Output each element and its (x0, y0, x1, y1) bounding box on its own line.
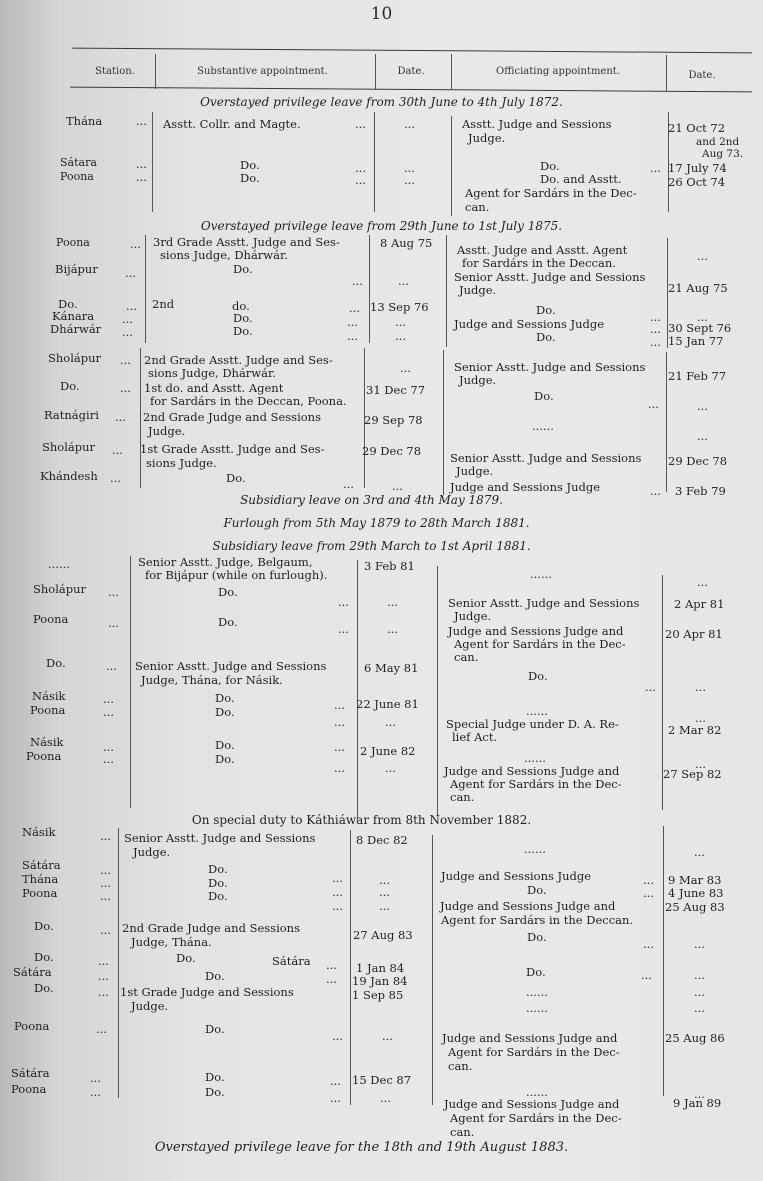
officiating-cell: Judge. (459, 284, 496, 297)
date2-cell: Aug 73. (702, 148, 743, 161)
substantive-cell: Do. (208, 863, 228, 876)
date-cell: 1 Sep 85 (352, 989, 403, 1002)
officiating-cell: can. (448, 1060, 472, 1073)
leader-dots: ... (98, 986, 109, 999)
substantive-cell: Judge. (133, 846, 170, 859)
officiating-cell: Judge and Sessions Judge and (440, 900, 615, 913)
section-heading: Subsidiary leave from 29th March to 1st … (0, 539, 753, 553)
leader-dots: ... (352, 275, 363, 288)
date2-cell: 26 Oct 74 (668, 176, 725, 189)
date2-cell: ... (694, 969, 705, 982)
officiating-cell: can. (465, 201, 489, 214)
officiating-cell: Agent for Sardárs in the Deccan. (441, 914, 633, 927)
officiating-cell: can. (450, 791, 474, 804)
officiating-cell: Judge. (468, 132, 505, 145)
date-cell: ... (400, 362, 411, 375)
officiating-cell: Asstt. Judge and Sessions (462, 118, 612, 131)
officiating-cell: Judge and Sessions Judge and (444, 1098, 619, 1111)
substantive-cell: for Sardárs in the Deccan, Poona. (150, 395, 347, 408)
date-cell: 6 May 81 (364, 662, 418, 675)
substantive-cell: Asstt. Collr. and Magte. (163, 118, 301, 131)
substantive-cell: Judge. (148, 425, 185, 438)
leader-dots: ... (125, 267, 136, 280)
leader-dots: ... (120, 382, 131, 395)
station-cell: Násik (30, 736, 63, 749)
date-cell: ... (404, 174, 415, 187)
leader-dots: ... (650, 162, 661, 175)
substantive-cell: Do. (233, 325, 253, 338)
officiating-cell: Agent for Sardárs in the Dec- (454, 638, 626, 651)
section-heading: On special duty to Káthiáwar from 8th No… (0, 813, 743, 827)
officiating-cell: Agent for Sardárs in the Dec- (450, 1112, 622, 1125)
station-cell: Poona (14, 1020, 49, 1033)
date2-cell: 20 Apr 81 (665, 628, 723, 641)
station-cell: Sholápur (48, 352, 101, 365)
officiating-cell: Judge. (454, 610, 491, 623)
officiating-cell: Judge and Sessions Judge and (442, 1032, 617, 1045)
date-cell: 13 Sep 76 (370, 301, 429, 314)
leader-dots: ... (326, 973, 337, 986)
date-cell: ... (404, 118, 415, 131)
col-header-substantive: Substantive appointment. (155, 66, 370, 77)
officiating-cell: Judge. (459, 374, 496, 387)
date-cell: 22 June 81 (356, 698, 419, 711)
substantive-cell: Do. (205, 1086, 225, 1099)
column-divider (152, 112, 153, 212)
date2-cell: ... (695, 681, 706, 694)
leader-dots: ... (98, 955, 109, 968)
substantive-cell: Do. (233, 263, 253, 276)
substantive-cell: Judge, Thána. (131, 936, 212, 949)
officiating-cell: Do. and Asstt. (540, 173, 622, 186)
date-cell: ... (395, 316, 406, 329)
leader-dots: ... (90, 1086, 101, 1099)
date2-cell: ... (697, 250, 708, 263)
date2-cell: 21 Aug 75 (668, 282, 728, 295)
col-header-date2: Date. (667, 70, 737, 81)
leader-dots: ... (650, 336, 661, 349)
leader-dots: ... (100, 924, 111, 937)
substantive-extra: Sátára (272, 955, 311, 968)
officiating-cell: for Sardárs in the Deccan. (462, 257, 616, 270)
leader-dots: ... (100, 890, 111, 903)
date2-cell: 15 Jan 77 (668, 335, 723, 348)
date-cell: 8 Aug 75 (380, 237, 432, 250)
officiating-cell: Do. (527, 884, 547, 897)
substantive-cell: 1st Grade Asstt. Judge and Ses- (140, 443, 324, 456)
substantive-cell: Do. (208, 890, 228, 903)
officiating-cell: ...... (524, 843, 546, 856)
substantive-cell: Do. (205, 970, 225, 983)
column-divider (369, 235, 370, 343)
date-cell: 2 June 82 (360, 745, 416, 758)
leader-dots: ... (334, 741, 345, 754)
leader-dots: ... (96, 1023, 107, 1036)
station-cell: Do. (46, 657, 66, 670)
column-divider (446, 235, 447, 347)
officiating-cell: Agent for Sardárs in the Dec- (450, 778, 622, 791)
officiating-cell: Judge and Sessions Judge (454, 318, 604, 331)
leader-dots: ... (103, 753, 114, 766)
station-cell: Sátára (22, 859, 61, 872)
leader-dots: ... (326, 959, 337, 972)
leader-dots: ... (108, 586, 119, 599)
header-divider (666, 55, 667, 91)
date2-cell: 2 Mar 82 (668, 724, 721, 737)
substantive-cell: Do. (215, 692, 235, 705)
station-cell: Dhárwár (50, 323, 101, 336)
leader-dots: ... (645, 681, 656, 694)
station-cell: Sátára (13, 966, 52, 979)
date-cell: 15 Dec 87 (352, 1074, 411, 1087)
substantive-cell: Judge, Thána, for Násik. (141, 674, 283, 687)
station-cell: Poona (60, 170, 94, 183)
leader-dots: ... (330, 1092, 341, 1105)
column-divider (451, 116, 452, 216)
date2-cell: ... (694, 986, 705, 999)
date-cell: 3 Feb 81 (364, 560, 415, 573)
date-cell: ... (387, 596, 398, 609)
substantive-cell: 2nd Grade Judge and Sessions (143, 411, 321, 424)
leader-dots: ... (641, 969, 652, 982)
station-cell: Do. (60, 380, 80, 393)
date-cell: ... (385, 716, 396, 729)
column-divider (130, 556, 131, 808)
date2-cell: 29 Dec 78 (668, 455, 727, 468)
date2-cell: ... (694, 1002, 705, 1015)
station-cell: Poona (11, 1083, 46, 1096)
substantive-cell: Do. (218, 616, 238, 629)
date2-cell: 21 Feb 77 (668, 370, 726, 383)
substantive-cell: Senior Asstt. Judge and Sessions (135, 660, 326, 673)
substantive-cell: Senior Asstt. Judge and Sessions (124, 832, 315, 845)
substantive-cell: Do. (205, 1071, 225, 1084)
station-cell: Do. (34, 920, 54, 933)
section-heading: Subsidiary leave on 3rd and 4th May 1879… (0, 493, 753, 507)
date-cell: ... (398, 275, 409, 288)
header-divider (451, 54, 452, 90)
column-divider (437, 566, 438, 816)
leader-dots: ... (355, 118, 366, 131)
substantive-cell: Judge. (131, 1000, 168, 1013)
date-cell: ... (379, 886, 390, 899)
leader-dots: ... (332, 900, 343, 913)
station-cell: Poona (22, 887, 57, 900)
column-divider (374, 112, 375, 212)
date2-cell: 25 Aug 86 (665, 1032, 725, 1045)
leader-dots: ... (332, 1030, 343, 1043)
leader-dots: ... (648, 398, 659, 411)
col-header-date: Date. (372, 66, 450, 77)
column-divider (666, 352, 667, 492)
leader-dots: ... (643, 887, 654, 900)
leader-dots: ... (115, 411, 126, 424)
date2-cell: ... (694, 846, 705, 859)
substantive-cell: 2nd Grade Judge and Sessions (122, 922, 300, 935)
officiating-cell: Agent for Sardárs in the Dec- (465, 187, 637, 200)
column-divider (432, 835, 433, 1105)
officiating-cell: Judge and Sessions Judge (441, 870, 591, 883)
section-heading: Overstayed privilege leave from 29th Jun… (0, 219, 763, 233)
leader-dots: ... (343, 478, 354, 491)
station-cell: Poona (26, 750, 61, 763)
station-cell: Násik (22, 826, 55, 839)
date2-cell: 4 June 83 (668, 887, 724, 900)
column-divider (663, 826, 664, 1096)
date-cell: ... (387, 623, 398, 636)
date2-cell: ... (697, 400, 708, 413)
date2-cell: 2 Apr 81 (674, 598, 724, 611)
leader-dots: ... (130, 238, 141, 251)
station-cell: Poona (56, 236, 90, 249)
leader-dots: ... (334, 716, 345, 729)
date-cell: 27 Aug 83 (353, 929, 413, 942)
substantive-cell: sions Judge. (146, 457, 217, 470)
leader-dots: ... (100, 830, 111, 843)
substantive-cell: Do. (205, 1023, 225, 1036)
leader-dots: ... (338, 596, 349, 609)
substantive-cell: Do. (176, 952, 196, 965)
section-heading: Overstayed privilege leave from 30th Jun… (0, 95, 763, 109)
station-cell: Thána (66, 115, 102, 128)
column-divider (350, 830, 351, 1105)
leader-dots: ... (347, 316, 358, 329)
officiating-cell: Agent for Sardárs in the Dec- (448, 1046, 620, 1059)
station-cell: Do. (34, 951, 54, 964)
officiating-cell: lief Act. (452, 731, 497, 744)
leader-dots: ... (332, 886, 343, 899)
station-cell: ...... (48, 558, 70, 571)
leader-dots: ... (122, 326, 133, 339)
date-cell: ... (379, 900, 390, 913)
station-cell: Poona (30, 704, 65, 717)
date2-cell: 27 Sep 82 (663, 768, 722, 781)
leader-dots: ... (112, 444, 123, 457)
section-heading: Furlough from 5th May 1879 to 28th March… (0, 516, 758, 530)
officiating-cell: ...... (532, 420, 554, 433)
substantive-cell: Do. (215, 753, 235, 766)
date-cell: ... (382, 1030, 393, 1043)
leader-dots: ... (643, 938, 654, 951)
column-divider (140, 348, 141, 488)
date-cell: 29 Sep 78 (364, 414, 423, 427)
officiating-cell: Do. (528, 670, 548, 683)
column-divider (357, 560, 358, 820)
date2-cell: 9 Jan 89 (673, 1097, 721, 1110)
station-cell: Poona (33, 613, 68, 626)
station-cell: Thána (22, 873, 58, 886)
column-divider (118, 828, 119, 1098)
col-header-officiating: Officiating appointment. (452, 66, 664, 77)
leader-dots: ... (355, 174, 366, 187)
leader-dots: ... (90, 1072, 101, 1085)
station-cell: Sátára (11, 1067, 50, 1080)
leader-dots: ... (349, 302, 360, 315)
officiating-cell: Do. (526, 966, 546, 979)
date-cell: ... (395, 330, 406, 343)
date-cell: ... (385, 762, 396, 775)
leader-dots: ... (108, 617, 119, 630)
leader-dots: ... (334, 699, 345, 712)
officiating-cell: Do. (536, 331, 556, 344)
substantive-cell: Do. (215, 739, 235, 752)
date-cell: ... (392, 480, 403, 493)
station-cell: Ratnágiri (44, 409, 99, 422)
date-cell: 31 Dec 77 (366, 384, 425, 397)
leader-dots: ... (106, 660, 117, 673)
officiating-cell: Do. (527, 931, 547, 944)
substantive-cell: Do. (226, 472, 246, 485)
substantive-cell: 1st Grade Judge and Sessions (120, 986, 294, 999)
header-bottom-rule (70, 87, 752, 93)
substantive-cell: 2nd (152, 298, 174, 311)
leader-dots: ... (136, 115, 147, 128)
column-divider (443, 350, 444, 495)
date-cell: 19 Jan 84 (352, 975, 407, 988)
column-divider (145, 235, 146, 343)
substantive-cell: sions Judge, Dhárwár. (160, 249, 288, 262)
leader-dots: ... (330, 1075, 341, 1088)
officiating-cell: ...... (526, 1002, 548, 1015)
leader-dots: ... (136, 171, 147, 184)
station-cell: Násik (32, 690, 65, 703)
station-cell: Sátara (60, 156, 97, 169)
leader-dots: ... (347, 330, 358, 343)
date2-cell: 21 Oct 72 (668, 122, 725, 135)
officiating-cell: Do. (536, 304, 556, 317)
officiating-cell: ...... (526, 986, 548, 999)
date-cell: 8 Dec 82 (356, 834, 408, 847)
header-divider (375, 54, 376, 90)
leader-dots: ... (332, 872, 343, 885)
substantive-cell: for Bijápur (while on furlough). (145, 569, 327, 582)
page-number: 10 (0, 4, 763, 24)
col-header-station: Station. (75, 66, 155, 77)
officiating-cell: can. (454, 651, 478, 664)
station-cell: Bijápur (55, 263, 98, 276)
date-cell: 29 Dec 78 (362, 445, 421, 458)
station-cell: Do. (34, 982, 54, 995)
date2-cell: 17 July 74 (668, 162, 727, 175)
officiating-cell: Judge. (456, 465, 493, 478)
leader-dots: ... (103, 706, 114, 719)
section-heading: Overstayed privilege leave for the 18th … (0, 1140, 743, 1155)
date2-cell: 25 Aug 83 (665, 901, 725, 914)
date-cell: ... (380, 1092, 391, 1105)
substantive-cell: Do. (215, 706, 235, 719)
date2-cell: ... (697, 430, 708, 443)
officiating-cell: Do. (534, 390, 554, 403)
leader-dots: ... (110, 472, 121, 485)
station-cell: Khándesh (40, 470, 98, 483)
leader-dots: ... (338, 623, 349, 636)
substantive-cell: sions Judge, Dhárwár. (148, 367, 276, 380)
leader-dots: ... (98, 970, 109, 983)
date2-cell: ... (697, 576, 708, 589)
substantive-cell: Do. (240, 172, 260, 185)
header-divider (155, 54, 156, 89)
station-cell: Sholápur (42, 441, 95, 454)
leader-dots: ... (334, 762, 345, 775)
officiating-cell: ...... (530, 568, 552, 581)
substantive-cell: Do. (218, 586, 238, 599)
officiating-cell: can. (450, 1126, 474, 1139)
leader-dots: ... (120, 354, 131, 367)
date2-cell: ... (694, 938, 705, 951)
station-cell: Sholápur (33, 583, 86, 596)
header-top-rule (72, 48, 752, 54)
